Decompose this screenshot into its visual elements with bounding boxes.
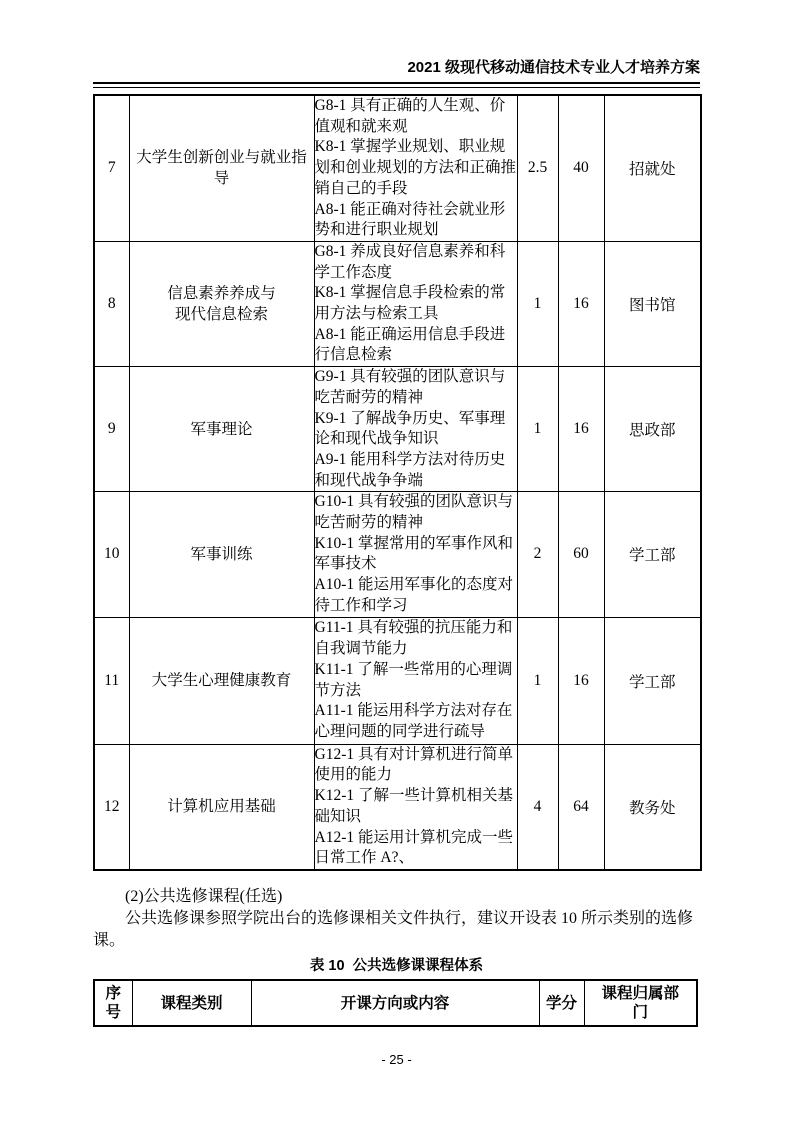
course-name: 计算机应用基础 (129, 744, 314, 870)
section-paragraph: 公共选修课参照学院出台的选修课相关文件执行，建议开设表 10 所示类别的选修课。 (93, 908, 700, 952)
course-hours: 16 (558, 241, 604, 366)
course-department: 教务处 (604, 744, 701, 870)
header-row: 序 号 课程类别 开课方向或内容 学分 课程归属部 门 (94, 980, 697, 1026)
row-number: 8 (94, 241, 129, 366)
course-credits: 1 (517, 241, 558, 366)
objective-g: G8-1 具有正确的人生观、价值观和就来观 (315, 96, 517, 137)
course-name: 军事理论 (129, 367, 314, 492)
header-no: 序 号 (94, 980, 132, 1026)
table-row: 12 计算机应用基础 G12-1 具有对计算机进行简单使用的能力 K12-1 了… (94, 744, 701, 870)
objective-a: A8-1 能正确运用信息手段进行信息检索 (315, 325, 517, 366)
course-department: 思政部 (604, 367, 701, 492)
course-objectives: G12-1 具有对计算机进行简单使用的能力 K12-1 了解一些计算机相关基础知… (314, 744, 517, 870)
table-row: 7 大学生创新创业与就业指导 G8-1 具有正确的人生观、价值观和就来观 K8-… (94, 95, 701, 241)
row-number: 7 (94, 95, 129, 241)
document-header-title: 2021 级现代移动通信技术专业人才培养方案 (93, 0, 700, 79)
objective-a: A8-1 能正确对待社会就业形势和进行职业规划 (315, 200, 517, 241)
header-department: 课程归属部 门 (584, 980, 697, 1026)
objective-a: A10-1 能运用军事化的态度对待工作和学习 (315, 575, 517, 616)
header-direction: 开课方向或内容 (251, 980, 539, 1026)
course-objectives: G11-1 具有较强的抗压能力和自我调节能力 K11-1 了解一些常用的心理调节… (314, 617, 517, 744)
course-name: 大学生心理健康教育 (129, 617, 314, 744)
section-heading: (2)公共选修课程(任选) (93, 886, 700, 908)
course-department: 图书馆 (604, 241, 701, 366)
course-hours: 64 (558, 744, 604, 870)
objective-k: K12-1 了解一些计算机相关基础知识 (315, 786, 517, 827)
objective-k: K8-1 掌握学业规划、职业规划和创业规划的方法和正确推销自己的手段 (315, 137, 517, 199)
objective-k: K11-1 了解一些常用的心理调节方法 (315, 660, 517, 701)
header-category: 课程类别 (132, 980, 251, 1026)
course-credits: 2 (517, 492, 558, 617)
objective-g: G10-1 具有较强的团队意识与吃苦耐劳的精神 (315, 492, 517, 533)
table-row: 8 信息素养养成与 现代信息检索 G8-1 养成良好信息素养和科学工作态度 K8… (94, 241, 701, 366)
course-credits: 2.5 (517, 95, 558, 241)
objective-k: K8-1 掌握信息手段检索的常用方法与检索工具 (315, 283, 517, 324)
header-divider (93, 82, 700, 88)
row-number: 9 (94, 367, 129, 492)
course-hours: 16 (558, 367, 604, 492)
objective-a: A9-1 能用科学方法对待历史和现代战争争端 (315, 450, 517, 491)
objective-g: G11-1 具有较强的抗压能力和自我调节能力 (315, 618, 517, 659)
objective-g: G8-1 养成良好信息素养和科学工作态度 (315, 242, 517, 283)
course-credits: 1 (517, 617, 558, 744)
course-department: 学工部 (604, 617, 701, 744)
page-content: 2021 级现代移动通信技术专业人才培养方案 7 大学生创新创业与就业指导 G8… (93, 0, 700, 1067)
course-department: 招就处 (604, 95, 701, 241)
course-objectives: G10-1 具有较强的团队意识与吃苦耐劳的精神 K10-1 掌握常用的军事作风和… (314, 492, 517, 617)
course-name: 大学生创新创业与就业指导 (129, 95, 314, 241)
objective-g: G12-1 具有对计算机进行简单使用的能力 (315, 745, 517, 786)
course-name: 军事训练 (129, 492, 314, 617)
row-number: 11 (94, 617, 129, 744)
table-row: 11 大学生心理健康教育 G11-1 具有较强的抗压能力和自我调节能力 K11-… (94, 617, 701, 744)
header-credits: 学分 (539, 980, 584, 1026)
objective-k: K9-1 了解战争历史、军事理论和现代战争知识 (315, 409, 517, 450)
course-credits: 1 (517, 367, 558, 492)
course-objectives: G8-1 具有正确的人生观、价值观和就来观 K8-1 掌握学业规划、职业规划和创… (314, 95, 517, 241)
table-row: 9 军事理论 G9-1 具有较强的团队意识与吃苦耐劳的精神 K9-1 了解战争历… (94, 367, 701, 492)
row-number: 10 (94, 492, 129, 617)
objective-a: A12-1 能运用计算机完成一些日常工作 A?、 (315, 828, 517, 869)
objective-a: A11-1 能运用科学方法对存在心理问题的同学进行疏导 (315, 701, 517, 742)
course-credits: 4 (517, 744, 558, 870)
course-hours: 16 (558, 617, 604, 744)
table-10-caption: 表 10 公共选修课课程体系 (93, 956, 700, 976)
course-hours: 40 (558, 95, 604, 241)
objective-g: G9-1 具有较强的团队意识与吃苦耐劳的精神 (315, 367, 517, 408)
course-objectives: G9-1 具有较强的团队意识与吃苦耐劳的精神 K9-1 了解战争历史、军事理论和… (314, 367, 517, 492)
objective-k: K10-1 掌握常用的军事作风和军事技术 (315, 534, 517, 575)
course-department: 学工部 (604, 492, 701, 617)
course-table: 7 大学生创新创业与就业指导 G8-1 具有正确的人生观、价值观和就来观 K8-… (93, 94, 702, 871)
course-hours: 60 (558, 492, 604, 617)
course-name: 信息素养养成与 现代信息检索 (129, 241, 314, 366)
table-row: 10 军事训练 G10-1 具有较强的团队意识与吃苦耐劳的精神 K10-1 掌握… (94, 492, 701, 617)
course-objectives: G8-1 养成良好信息素养和科学工作态度 K8-1 掌握信息手段检索的常用方法与… (314, 241, 517, 366)
elective-course-table-header: 序 号 课程类别 开课方向或内容 学分 课程归属部 门 (93, 979, 698, 1027)
page-number: - 25 - (93, 1052, 700, 1067)
row-number: 12 (94, 744, 129, 870)
